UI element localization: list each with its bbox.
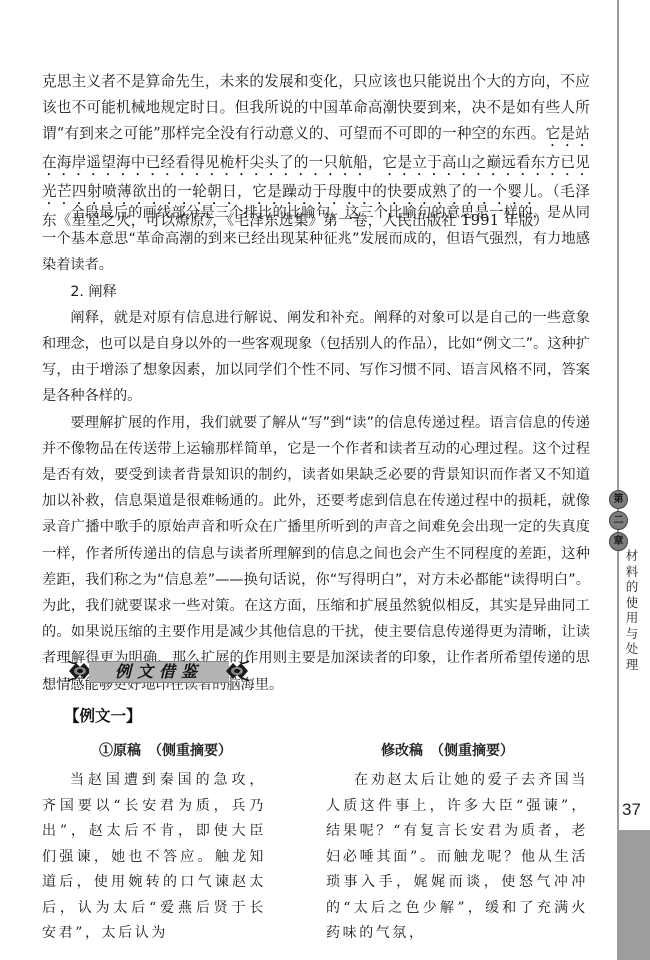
example-title: 【例文一】 — [64, 704, 142, 726]
chapter-title-vertical: 材料的使用与处理 — [624, 548, 640, 672]
revised-draft-heading: 修改稿 （侧重摘要） — [381, 740, 514, 760]
section-heading-interpretation: 2. 阐释 — [42, 279, 590, 305]
chapter-badge: 二 — [609, 511, 628, 530]
quote-line: 到来之可能”那样完全没有行动意义的、可望而不可即的一种空的东西。 — [79, 125, 545, 142]
banner-bar: 例文借鉴 — [89, 661, 229, 683]
revised-draft-column: 在劝赵太后让她的爱子去齐国当人质这件事上，许多大臣“强谏”，结果呢？“有复言长安… — [326, 768, 588, 947]
section-banner: 例文借鉴 — [67, 658, 250, 684]
page-number: 37 — [622, 800, 641, 820]
paragraph-analysis: 全段最后的画线部分是三个排比的比喻句，这三个比喻句的意思是一样的，是从同一个基本… — [42, 200, 590, 279]
original-draft-text: 当赵国遭到秦国的急攻，齐国要以“长安君为质，兵乃出”，赵太后不肯，即使大臣们强谏… — [42, 768, 266, 947]
margin-rule — [617, 0, 619, 830]
main-text: 全段最后的画线部分是三个排比的比喻句，这三个比喻句的意思是一样的，是从同一个基本… — [42, 200, 590, 698]
banner-label: 例文借鉴 — [89, 662, 229, 682]
paragraph-interpretation: 阐释，就是对原有信息进行解说、阐发和补充。阐释的对象可以是自己的一些意象和理念，… — [42, 305, 590, 410]
revised-draft-text: 在劝赵太后让她的爱子去齐国当人质这件事上，许多大臣“强谏”，结果呢？“有复言长安… — [326, 768, 588, 947]
original-draft-column: 当赵国遭到秦国的急攻，齐国要以“长安君为质，兵乃出”，赵太后不肯，即使大臣们强谏… — [42, 768, 266, 947]
original-draft-heading: ①原稿 （侧重摘要） — [99, 740, 232, 760]
ornament-icon — [224, 658, 250, 684]
thumb-tab — [617, 830, 650, 960]
paragraph-expansion-role: 要理解扩展的作用，我们就要了解从“写”到“读”的信息传递过程。语言信息的传递并不… — [42, 410, 590, 698]
book-page: 克思主义者不是算命先生，未来的发展和变化，只应该也只能说出个大的方向，不应该也不… — [0, 0, 650, 960]
chapter-badge: 第 — [609, 490, 628, 509]
chapter-badges: 第 二 章 — [609, 490, 627, 553]
